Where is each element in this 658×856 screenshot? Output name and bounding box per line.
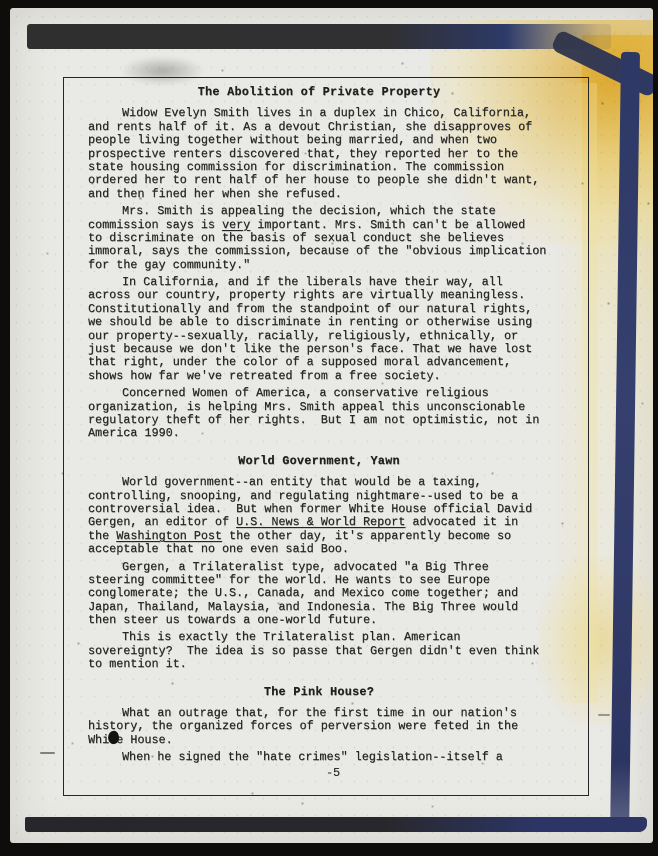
typed-line: controlling, snooping, and regulating ni… xyxy=(88,490,550,503)
text-segment: World government--an entity that would b… xyxy=(122,475,482,489)
text-segment: Mrs. Smith is appealing the decision, wh… xyxy=(122,204,496,218)
typed-line: This is exactly the Trilateralist plan. … xyxy=(88,631,550,644)
typed-line: to mention it. xyxy=(88,658,550,671)
text-segment: for the gay community." xyxy=(88,258,250,272)
typed-line: Japan, Thailand, Malaysia, and Indonesia… xyxy=(88,601,550,614)
text-segment: When he signed the "hate crimes" legisla… xyxy=(122,750,503,764)
text-segment: Japan, Thailand, Malaysia, and Indonesia… xyxy=(88,600,518,614)
section-heading: World Government, Yawn xyxy=(88,455,550,468)
typed-line: conglomerate; the U.S., Canada, and Mexi… xyxy=(88,587,550,600)
section-heading: The Pink House? xyxy=(88,686,550,699)
typed-line: What an outrage that, for the first time… xyxy=(88,707,550,720)
paragraph: This is exactly the Trilateralist plan. … xyxy=(88,631,550,671)
navy-right-band xyxy=(610,52,640,824)
typed-line: state housing commission for discriminat… xyxy=(88,161,550,174)
typed-line: ordered her to rent half of her house to… xyxy=(88,174,550,187)
typed-line: organization, is helping Mrs. Smith appe… xyxy=(88,401,550,414)
text-segment: Constitutionally and from the standpoint… xyxy=(88,302,532,316)
typed-line: regulatory theft of her rights. But I am… xyxy=(88,414,550,427)
typed-line: acceptable that no one even said Boo. xyxy=(88,543,550,556)
typed-line: the Washington Post the other day, it's … xyxy=(88,530,550,543)
typed-line: our property--sexually, racially, religi… xyxy=(88,330,550,343)
dark-bottom-bar xyxy=(25,817,647,832)
typed-line: America 1990. xyxy=(88,427,550,440)
paragraph: Gergen, a Trilateralist type, advocated … xyxy=(88,561,550,628)
text-segment: and then fined her when she refused. xyxy=(88,187,342,201)
typed-line: prospective renters discovered that, the… xyxy=(88,148,550,161)
typed-line: Widow Evelyn Smith lives in a duplex in … xyxy=(88,107,550,120)
text-segment: steering committee" for the world. He wa… xyxy=(88,573,490,587)
text-segment: and rents half of it. As a devout Christ… xyxy=(88,120,532,134)
text-segment: prospective renters discovered that, the… xyxy=(88,147,518,161)
text-segment: controversial idea. But when former Whit… xyxy=(88,502,532,516)
typed-line: people living together without being mar… xyxy=(88,134,550,147)
text-segment: our property--sexually, racially, religi… xyxy=(88,329,518,343)
paragraph: Concerned Women of America, a conservati… xyxy=(88,387,550,441)
margin-mark-left xyxy=(40,752,55,754)
text-segment: White House. xyxy=(88,733,173,747)
typed-line: history, the organized forces of pervers… xyxy=(88,720,550,733)
typed-line: for the gay community." xyxy=(88,259,550,272)
margin-mark-right xyxy=(598,714,610,716)
paragraph: Mrs. Smith is appealing the decision, wh… xyxy=(88,205,550,272)
text-segment: America 1990. xyxy=(88,426,180,440)
typed-line: immoral, says the commission, because of… xyxy=(88,245,550,258)
typed-line: just because we don't like the person's … xyxy=(88,343,550,356)
underlined-text: very xyxy=(222,218,250,232)
typed-line: controversial idea. But when former Whit… xyxy=(88,503,550,516)
paragraph: What an outrage that, for the first time… xyxy=(88,707,550,747)
smudge-mark xyxy=(120,56,205,86)
typed-line: sovereignty? The idea is so passe that G… xyxy=(88,645,550,658)
dark-top-bar xyxy=(27,24,611,49)
typed-line: shows how far we've retreated from a fre… xyxy=(88,370,550,383)
text-segment: across our country, property rights are … xyxy=(88,288,525,302)
typed-line: we should be able to discriminate in ren… xyxy=(88,316,550,329)
yellow-stain-mid-right xyxy=(538,556,653,726)
text-segment: state housing commission for discriminat… xyxy=(88,160,504,174)
text-segment: just because we don't like the person's … xyxy=(88,342,532,356)
text-segment: history, the organized forces of pervers… xyxy=(88,719,518,733)
typed-line: that right, under the color of a suppose… xyxy=(88,356,550,369)
text-segment: acceptable that no one even said Boo. xyxy=(88,542,349,556)
section-heading: The Abolition of Private Property xyxy=(88,86,550,99)
underlined-text: U.S. News & World Report xyxy=(236,515,405,529)
text-segment: controlling, snooping, and regulating ni… xyxy=(88,489,518,503)
text-segment: commission says is xyxy=(88,218,222,232)
text-segment: Concerned Women of America, a conservati… xyxy=(122,386,489,400)
typed-text: The Abolition of Private PropertyWidow E… xyxy=(88,86,550,765)
toner-specks xyxy=(10,8,11,9)
text-segment: sovereignty? The idea is so passe that G… xyxy=(88,644,539,658)
typed-line: to discriminate on the basis of sexual c… xyxy=(88,232,550,245)
typed-line: White House. xyxy=(88,734,550,747)
text-segment: organization, is helping Mrs. Smith appe… xyxy=(88,400,525,414)
typed-line: across our country, property rights are … xyxy=(88,289,550,302)
typed-line: World government--an entity that would b… xyxy=(88,476,550,489)
typed-line: Gergen, a Trilateralist type, advocated … xyxy=(88,561,550,574)
text-segment: This is exactly the Trilateralist plan. … xyxy=(122,630,460,644)
paragraph: Widow Evelyn Smith lives in a duplex in … xyxy=(88,107,550,201)
typed-line: Constitutionally and from the standpoint… xyxy=(88,303,550,316)
typed-line: commission says is very important. Mrs. … xyxy=(88,219,550,232)
text-segment: ordered her to rent half of her house to… xyxy=(88,173,539,187)
text-segment: Widow Evelyn Smith lives in a duplex in … xyxy=(122,106,531,120)
text-segment: that right, under the color of a suppose… xyxy=(88,355,511,369)
text-segment: important. Mrs. Smith can't be allowed xyxy=(250,218,525,232)
text-segment: In California, and if the liberals have … xyxy=(122,275,503,289)
paragraph: In California, and if the liberals have … xyxy=(88,276,550,383)
text-segment: advocated it in xyxy=(405,515,518,529)
text-segment: regulatory theft of her rights. But I am… xyxy=(88,413,539,427)
scanned-document: The Abolition of Private PropertyWidow E… xyxy=(0,0,658,856)
text-segment: immoral, says the commission, because of… xyxy=(88,244,546,258)
underlined-text: Washington Post xyxy=(116,529,222,543)
typed-line: and then fined her when she refused. xyxy=(88,188,550,201)
typed-line: In California, and if the liberals have … xyxy=(88,276,550,289)
typed-line: Mrs. Smith is appealing the decision, wh… xyxy=(88,205,550,218)
text-segment: we should be able to discriminate in ren… xyxy=(88,315,532,329)
text-segment: conglomerate; the U.S., Canada, and Mexi… xyxy=(88,586,518,600)
text-segment: the xyxy=(88,529,116,543)
text-segment: the other day, it's apparently become so xyxy=(222,529,511,543)
page-number: -5 xyxy=(102,767,564,780)
typed-line: Concerned Women of America, a conservati… xyxy=(88,387,550,400)
page-number-label: -5 xyxy=(326,766,340,780)
yellow-stain-inner-right xyxy=(555,83,597,703)
typed-line: and rents half of it. As a devout Christ… xyxy=(88,121,550,134)
typed-line: then steer us towards a one-world future… xyxy=(88,614,550,627)
paragraph: World government--an entity that would b… xyxy=(88,476,550,556)
typed-line: steering committee" for the world. He wa… xyxy=(88,574,550,587)
text-segment: then steer us towards a one-world future… xyxy=(88,613,377,627)
text-segment: people living together without being mar… xyxy=(88,133,497,147)
text-segment: to discriminate on the basis of sexual c… xyxy=(88,231,504,245)
typed-line: When he signed the "hate crimes" legisla… xyxy=(88,751,550,764)
text-segment: to mention it. xyxy=(88,657,187,671)
typed-line: Gergen, an editor of U.S. News & World R… xyxy=(88,516,550,529)
text-segment: What an outrage that, for the first time… xyxy=(122,706,517,720)
text-segment: Gergen, an editor of xyxy=(88,515,236,529)
scan-area: The Abolition of Private PropertyWidow E… xyxy=(10,8,653,843)
text-segment: shows how far we've retreated from a fre… xyxy=(88,369,441,383)
text-segment: Gergen, a Trilateralist type, advocated … xyxy=(122,560,489,574)
paragraph: When he signed the "hate crimes" legisla… xyxy=(88,751,550,764)
